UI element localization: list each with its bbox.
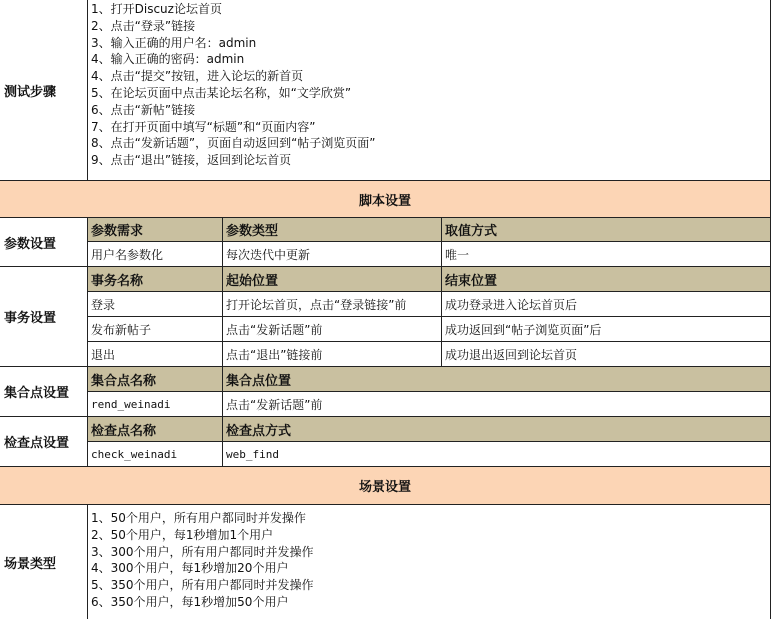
step-item: 1、打开Discuz论坛首页	[91, 1, 770, 18]
param-header-need: 参数需求	[88, 218, 223, 242]
test-steps-list: 1、打开Discuz论坛首页 2、点击“登录”链接 3、输入正确的用户名：adm…	[88, 0, 771, 181]
transaction-cell: 成功返回到“帖子浏览页面”后	[442, 317, 771, 342]
scenario-type-list: 1、50个用户，所有用户都同时并发操作 2、50个用户，每1秒增加1个用户 3、…	[88, 505, 771, 619]
step-item: 6、点击“新帖”链接	[91, 102, 770, 119]
scenario-item: 6、350个用户，每1秒增加50个用户	[91, 594, 770, 611]
transaction-cell: 发布新帖子	[88, 317, 223, 342]
transaction-cell: 成功退出返回到论坛首页	[442, 342, 771, 367]
scenario-item: 2、50个用户，每1秒增加1个用户	[91, 527, 770, 544]
rendezvous-header-position: 集合点位置	[223, 367, 771, 392]
param-cell: 用户名参数化	[88, 242, 223, 267]
scenario-item: 5、350个用户，所有用户都同时并发操作	[91, 577, 770, 594]
test-steps-label: 测试步骤	[0, 0, 88, 181]
transaction-header-name: 事务名称	[88, 267, 223, 292]
param-header-type: 参数类型	[223, 218, 442, 242]
step-item: 8、点击“发新话题”，页面自动返回到“帖子浏览页面”	[91, 135, 770, 152]
checkpoint-cell: check_weinadi	[88, 442, 223, 467]
step-item: 4、输入正确的密码：admin	[91, 51, 770, 68]
rendezvous-header-name: 集合点名称	[88, 367, 223, 392]
step-item: 9、点击“退出”链接，返回到论坛首页	[91, 152, 770, 169]
rendezvous-cell: rend_weinadi	[88, 392, 223, 417]
scenario-item: 3、300个用户，所有用户都同时并发操作	[91, 544, 770, 561]
section-scenario-settings: 场景设置	[0, 467, 771, 505]
scenario-item: 1、50个用户，所有用户都同时并发操作	[91, 510, 770, 527]
step-item: 4、点击“提交”按钮，进入论坛的新首页	[91, 68, 770, 85]
checkpoint-header-method: 检查点方式	[223, 417, 771, 442]
transaction-cell: 打开论坛首页，点击“登录链接”前	[223, 292, 442, 317]
step-item: 5、在论坛页面中点击某论坛名称，如“文学欣赏”	[91, 85, 770, 102]
section-script-settings: 脚本设置	[0, 181, 771, 218]
param-settings-label: 参数设置	[0, 218, 88, 267]
step-item: 3、输入正确的用户名：admin	[91, 35, 770, 52]
transaction-settings-label: 事务设置	[0, 267, 88, 367]
step-item: 2、点击“登录”链接	[91, 18, 770, 35]
step-item: 7、在打开页面中填写“标题”和“页面内容”	[91, 119, 770, 136]
test-plan-table: 测试步骤 1、打开Discuz论坛首页 2、点击“登录”链接 3、输入正确的用户…	[0, 0, 771, 619]
transaction-cell: 点击“发新话题”前	[223, 317, 442, 342]
param-cell: 唯一	[442, 242, 771, 267]
checkpoint-settings-label: 检查点设置	[0, 417, 88, 467]
transaction-cell: 退出	[88, 342, 223, 367]
scenario-type-label: 场景类型	[0, 505, 88, 619]
transaction-cell: 点击“退出”链接前	[223, 342, 442, 367]
scenario-item: 4、300个用户，每1秒增加20个用户	[91, 560, 770, 577]
rendezvous-settings-label: 集合点设置	[0, 367, 88, 417]
checkpoint-header-name: 检查点名称	[88, 417, 223, 442]
transaction-cell: 成功登录进入论坛首页后	[442, 292, 771, 317]
checkpoint-cell: web_find	[223, 442, 771, 467]
param-cell: 每次迭代中更新	[223, 242, 442, 267]
rendezvous-cell: 点击“发新话题”前	[223, 392, 771, 417]
transaction-header-start: 起始位置	[223, 267, 442, 292]
transaction-header-end: 结束位置	[442, 267, 771, 292]
param-header-method: 取值方式	[442, 218, 771, 242]
transaction-cell: 登录	[88, 292, 223, 317]
